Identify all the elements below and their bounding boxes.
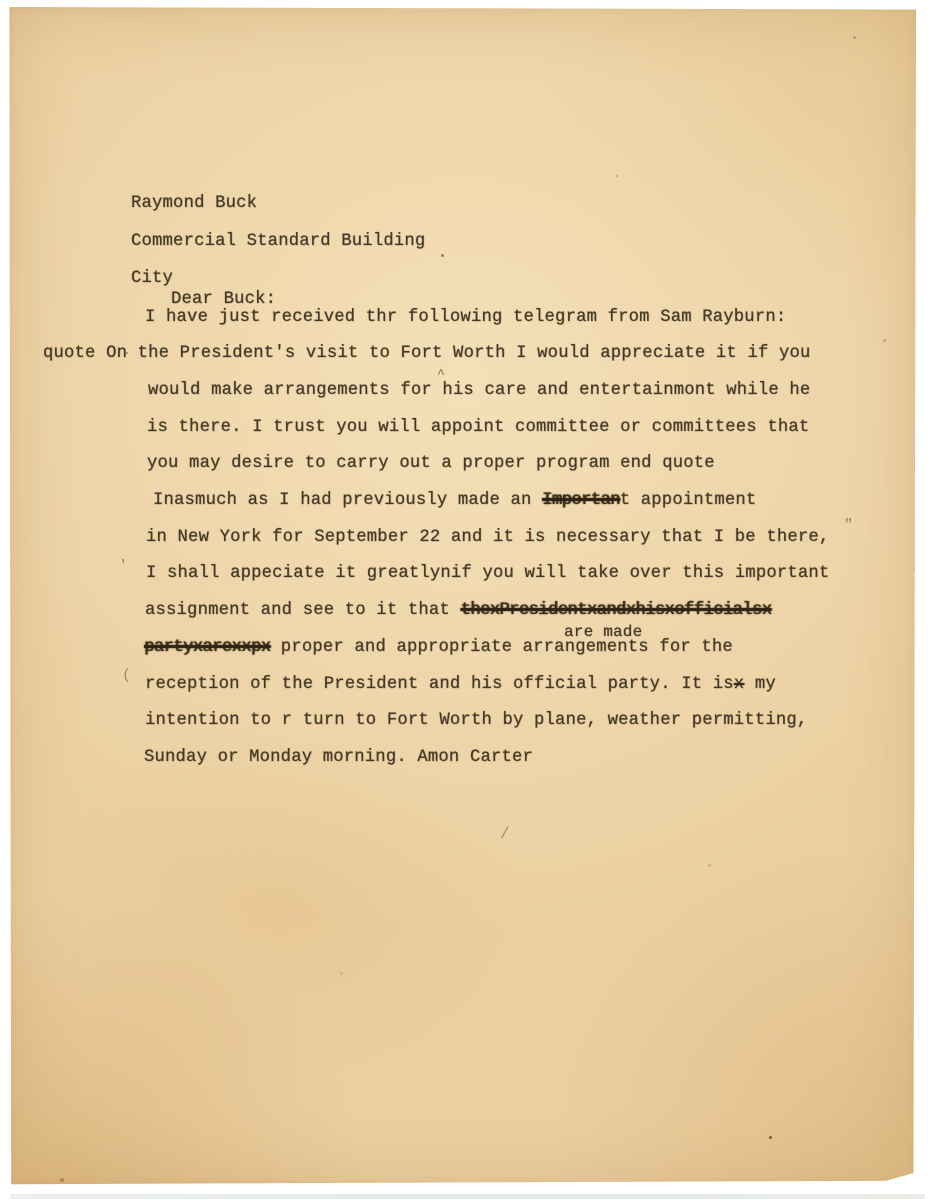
struck-text: Importan — [542, 491, 620, 510]
typed-line: I have just received thr following teleg… — [145, 308, 786, 328]
typed-text: Raymond Buck — [131, 194, 257, 213]
typed-line: you may desire to carry out a proper pro… — [147, 454, 715, 474]
typed-text: Inasmuch as I had previously made an — [153, 491, 542, 510]
scan-background: { "document": { "kind": "typewritten-let… — [0, 0, 931, 1200]
typed-line: partyxarexxpx proper and appropriate arr… — [144, 638, 733, 658]
typed-line: would make arrangements for his care and… — [148, 381, 810, 401]
typed-line: Dear Buck: — [171, 290, 276, 310]
paper-speck — [60, 1178, 64, 1182]
typed-text: Dear Buck: — [171, 290, 276, 309]
scanned-letter: Raymond BuckCommercial Standard Building… — [0, 0, 931, 1200]
typed-text: reception of the President and his offic… — [145, 675, 734, 694]
typed-text: you may desire to carry out a proper pro… — [147, 454, 715, 473]
stray-mark: ' — [119, 558, 127, 574]
typed-line: Raymond Buck — [131, 194, 257, 214]
typed-text: I have just received thr following teleg… — [145, 308, 786, 327]
typed-text: t appointment — [620, 491, 757, 510]
typed-text: Sunday or Monday morning. Amon Carter — [144, 748, 533, 767]
stray-mark: ( — [122, 667, 131, 684]
typed-text: Commercial Standard Building — [131, 232, 425, 251]
stray-mark: ^ — [437, 367, 445, 382]
paper-speck — [441, 254, 444, 257]
typed-line: Commercial Standard Building — [131, 232, 425, 252]
typed-line: intention to r turn to Fort Worth by pla… — [145, 711, 807, 731]
typed-line: Sunday or Monday morning. Amon Carter — [144, 748, 533, 768]
typed-line: quote On the President's visit to Fort W… — [43, 344, 811, 364]
typed-text: City — [131, 269, 173, 288]
scanner-edge-shadow — [10, 1194, 925, 1199]
typed-line: in New York for September 22 and it is n… — [146, 528, 829, 548]
paper-speck — [769, 1136, 772, 1139]
typed-line: City — [131, 269, 173, 289]
typed-text: in New York for September 22 and it is n… — [146, 528, 829, 547]
typed-line: reception of the President and his offic… — [145, 675, 776, 695]
typed-line: Inasmuch as I had previously made an Imp… — [153, 491, 756, 511]
paper-speck — [616, 175, 618, 177]
stray-mark: " — [844, 517, 853, 534]
typed-text: would make arrangements for his care and… — [148, 381, 810, 400]
letter-paper: Raymond BuckCommercial Standard Building… — [8, 7, 918, 1186]
typed-line: assignment and see to it that thexPresid… — [145, 601, 771, 621]
typed-text: quote On the President's visit to Fort W… — [43, 344, 811, 363]
paper-speck — [883, 339, 886, 342]
paper-speck — [853, 36, 856, 39]
paper-speck — [708, 864, 711, 867]
typed-line: I shall appeciate it greatlynif you will… — [146, 564, 829, 584]
stray-mark: / — [500, 825, 510, 843]
typed-text: my — [744, 675, 776, 694]
typed-line: is there. I trust you will appoint commi… — [147, 418, 809, 438]
struck-text: thexPresidentxandxhisxofficialsx — [460, 601, 771, 620]
typed-text: proper and appropriate arrangements for … — [270, 638, 733, 657]
paper-speck — [340, 972, 343, 975]
struck-text: x — [734, 675, 745, 694]
typed-text: is there. I trust you will appoint commi… — [147, 418, 809, 437]
struck-text: partyxarexxpx — [144, 638, 270, 657]
paper-speck — [126, 352, 128, 354]
typed-text: assignment and see to it that — [145, 601, 460, 620]
paper-speck — [914, 568, 917, 571]
typed-text: I shall appeciate it greatlynif you will… — [146, 564, 829, 583]
typed-text: intention to r turn to Fort Worth by pla… — [145, 711, 807, 730]
